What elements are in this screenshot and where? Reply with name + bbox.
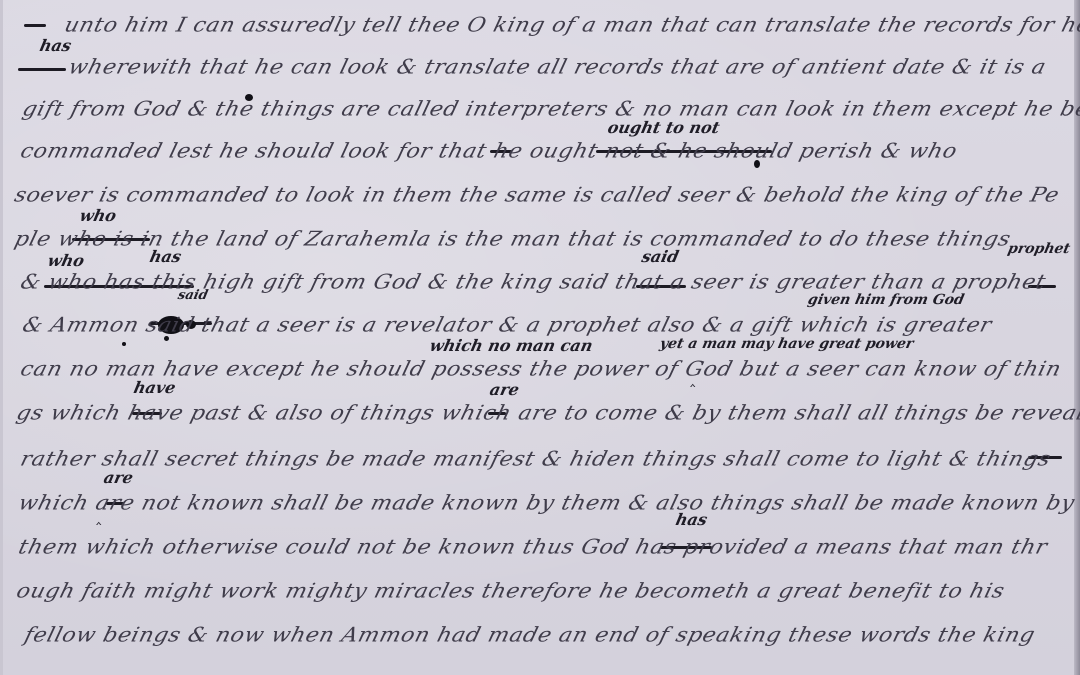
manuscript-line-5: soever is commanded to look in them the … xyxy=(0,168,1070,212)
insertion-ought-to-not: ought to not xyxy=(606,118,721,137)
line-text: & who has this high gift from God & the … xyxy=(18,271,1048,294)
line-text: unto him I can assuredly tell thee O kin… xyxy=(62,14,1080,37)
insertion-who: who xyxy=(78,206,118,225)
insertion-has: has xyxy=(148,247,183,266)
manuscript-page: unto him I can assuredly tell thee O kin… xyxy=(0,0,1080,675)
insertion-has: has xyxy=(674,510,709,529)
insertion-have: have xyxy=(132,378,178,397)
manuscript-line-13: has them which otherwise could not be kn… xyxy=(0,520,1070,564)
manuscript-line-11: rather shall secret things be made manif… xyxy=(0,432,1070,476)
insertion-given-him-from-god: given him from God xyxy=(806,292,965,308)
line-text: which are not known shall be made known … xyxy=(16,492,1077,515)
line-text: commanded lest he should look for that h… xyxy=(18,140,960,163)
manuscript-line-12: are ‸ which are not known shall be made … xyxy=(0,476,1070,520)
manuscript-line-3: gift from God & the things are called in… xyxy=(0,82,1070,126)
manuscript-line-10: have are gs which have past & also of th… xyxy=(0,386,1070,430)
manuscript-line-14: ough faith might work mighty miracles th… xyxy=(0,564,1070,608)
manuscript-line-15: fellow beings & now when Ammon had made … xyxy=(0,608,1070,652)
ink-blot xyxy=(245,94,253,101)
manuscript-line-1: unto him I can assuredly tell thee O kin… xyxy=(0,0,1070,42)
insertion-yet-a-man: yet a man may have great power xyxy=(658,336,915,352)
insertion-said: said xyxy=(640,247,681,266)
insertion-said: said xyxy=(176,288,209,303)
line-text: soever is commanded to look in them the … xyxy=(12,184,1062,207)
line-text: gift from God & the things are called in… xyxy=(20,98,1080,121)
strikethrough xyxy=(24,24,46,27)
insertion-are: are xyxy=(488,380,521,399)
line-text: wherewith that he can look & translate a… xyxy=(66,56,1049,79)
insertion-prophet: prophet xyxy=(1006,241,1071,257)
line-text: them which otherwise could not be known … xyxy=(16,536,1050,559)
insertion-who: who xyxy=(46,251,86,270)
line-text: fellow beings & now when Ammon had made … xyxy=(22,624,1038,647)
line-text: gs which have past & also of things whic… xyxy=(14,402,1080,425)
line-text: & Ammon said that a seer is a revelator … xyxy=(20,314,994,337)
manuscript-line-2: has wherewith that he can look & transla… xyxy=(0,40,1070,84)
insertion-which-no-man-can: which no man can xyxy=(428,336,595,355)
insertion-has: has xyxy=(38,36,73,55)
strikethrough xyxy=(18,68,66,71)
line-text: ough faith might work mighty miracles th… xyxy=(14,580,1007,603)
insertion-are: are xyxy=(102,468,135,487)
ink-blot xyxy=(754,160,760,168)
manuscript-line-4: ought to not commanded lest he should lo… xyxy=(0,124,1070,168)
line-text: rather shall secret things be made manif… xyxy=(18,448,1053,471)
